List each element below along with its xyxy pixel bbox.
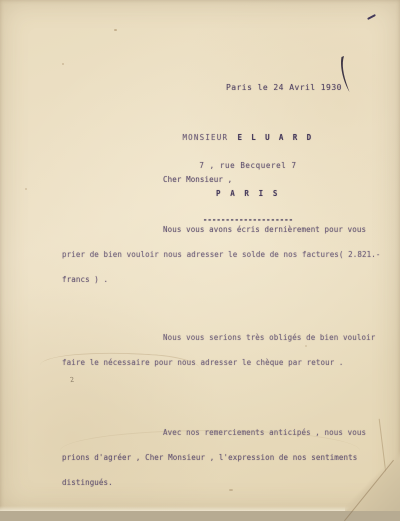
letter-line: prier de bien vouloir nous adresser le s… xyxy=(62,251,396,259)
recipient-name: E L U A R D xyxy=(237,133,313,142)
letter-line: francs ) . xyxy=(62,276,396,284)
recipient-name-line: MONSIEUR E L U A R D xyxy=(158,133,338,142)
paper-speck xyxy=(114,29,117,31)
corner-fold xyxy=(345,449,400,511)
letter-page: Paris le 24 Avril 1930 MONSIEUR E L U A … xyxy=(0,0,400,511)
dateline: Paris le 24 Avril 1930 xyxy=(226,84,342,92)
salutation: Cher Monsieur , xyxy=(163,176,232,184)
paper-speck xyxy=(62,63,64,65)
recipient-title: MONSIEUR xyxy=(182,133,228,142)
corner-fold-crease xyxy=(344,460,394,511)
recipient-street: 7 , rue Becquerel 7 xyxy=(158,161,338,170)
pencil-note: 2 xyxy=(69,376,74,385)
ink-dash-mark xyxy=(367,14,376,20)
letter-line: Nous vous serions très obligés de bien v… xyxy=(62,334,396,342)
pen-stroke-icon xyxy=(332,55,358,95)
paragraph: Nous vous serions très obligés de bien v… xyxy=(62,317,396,383)
letter-line: Nous vous avons écris dernièrement pour … xyxy=(62,226,396,234)
paragraph: Nous vous avons écris dernièrement pour … xyxy=(62,210,396,301)
paper-speck xyxy=(25,188,27,190)
letter-line: faire le nécessaire pour nous adresser l… xyxy=(62,359,396,367)
letter-line: Avec nos remerciements anticipés , nous … xyxy=(62,429,396,437)
